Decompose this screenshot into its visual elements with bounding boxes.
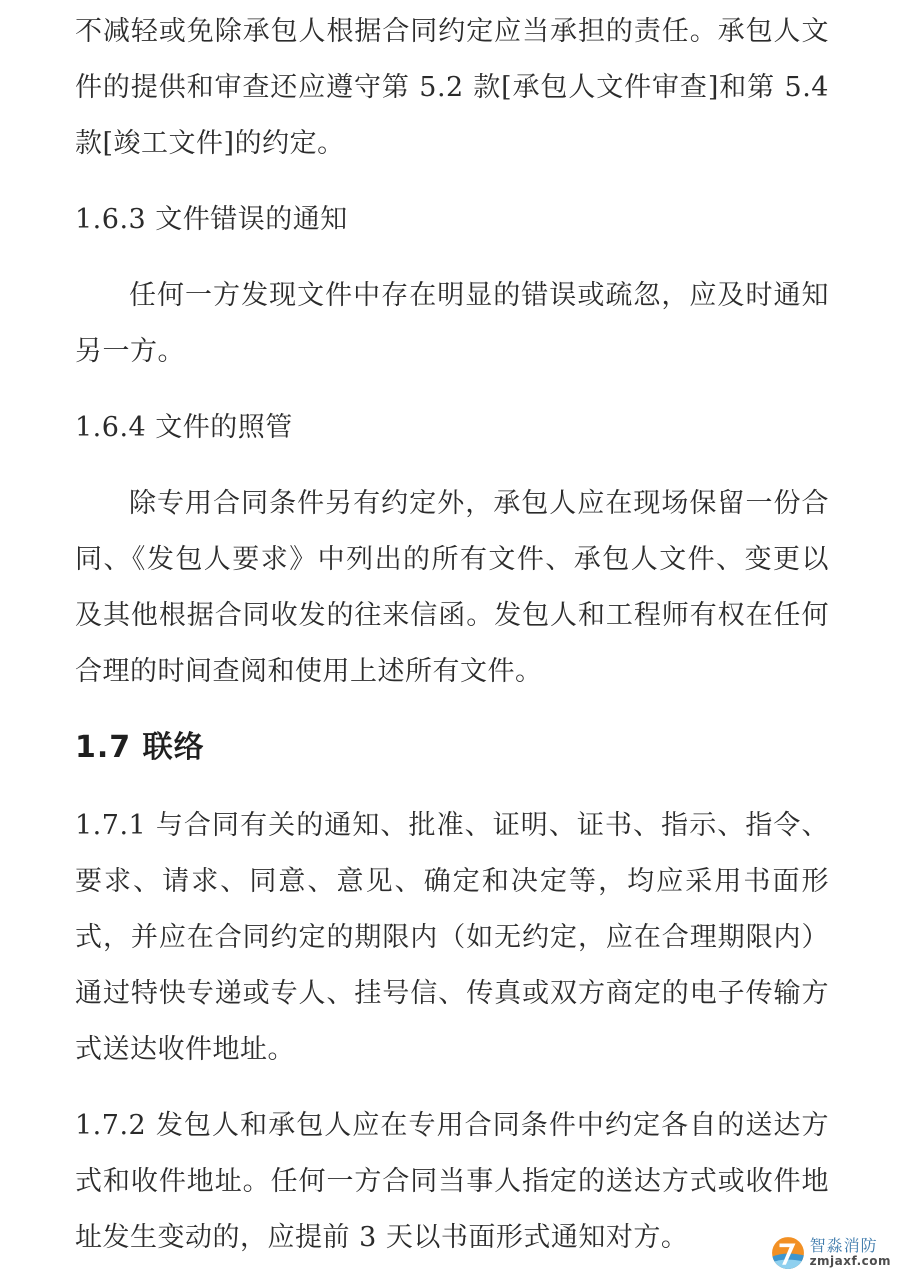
paragraph-clause-1-7-1: 1.7.1 与合同有关的通知、批准、证明、证书、指示、指令、要求、请求、同意、意… xyxy=(75,798,829,1078)
document-page: 不减轻或免除承包人根据合同约定应当承担的责任。承包人文件的提供和审查还应遵守第 … xyxy=(0,0,899,1274)
heading-clause-1-6-3: 1.6.3 文件错误的通知 xyxy=(75,192,829,248)
paragraph-clause-1-6-4: 除专用合同条件另有约定外，承包人应在现场保留一份合同、《发包人要求》中列出的所有… xyxy=(75,476,829,700)
paragraph-clause-1-7-2: 1.7.2 发包人和承包人应在专用合同条件中约定各自的送达方式和收件地址。任何一… xyxy=(75,1098,829,1266)
heading-section-1-7: 1.7 联络 xyxy=(75,720,829,776)
site-watermark: 智淼消防 zmjaxf.com xyxy=(767,1234,895,1272)
watermark-brand-name: 智淼消防 xyxy=(810,1238,891,1255)
paragraph-contractor-documents-continuation: 不减轻或免除承包人根据合同约定应当承担的责任。承包人文件的提供和审查还应遵守第 … xyxy=(75,4,829,172)
paragraph-clause-1-6-3: 任何一方发现文件中存在明显的错误或疏忽，应及时通知另一方。 xyxy=(75,268,829,380)
watermark-site-url: zmjaxf.com xyxy=(810,1255,891,1268)
heading-clause-1-6-4: 1.6.4 文件的照管 xyxy=(75,400,829,456)
zmjaxf-logo-icon xyxy=(771,1236,805,1270)
